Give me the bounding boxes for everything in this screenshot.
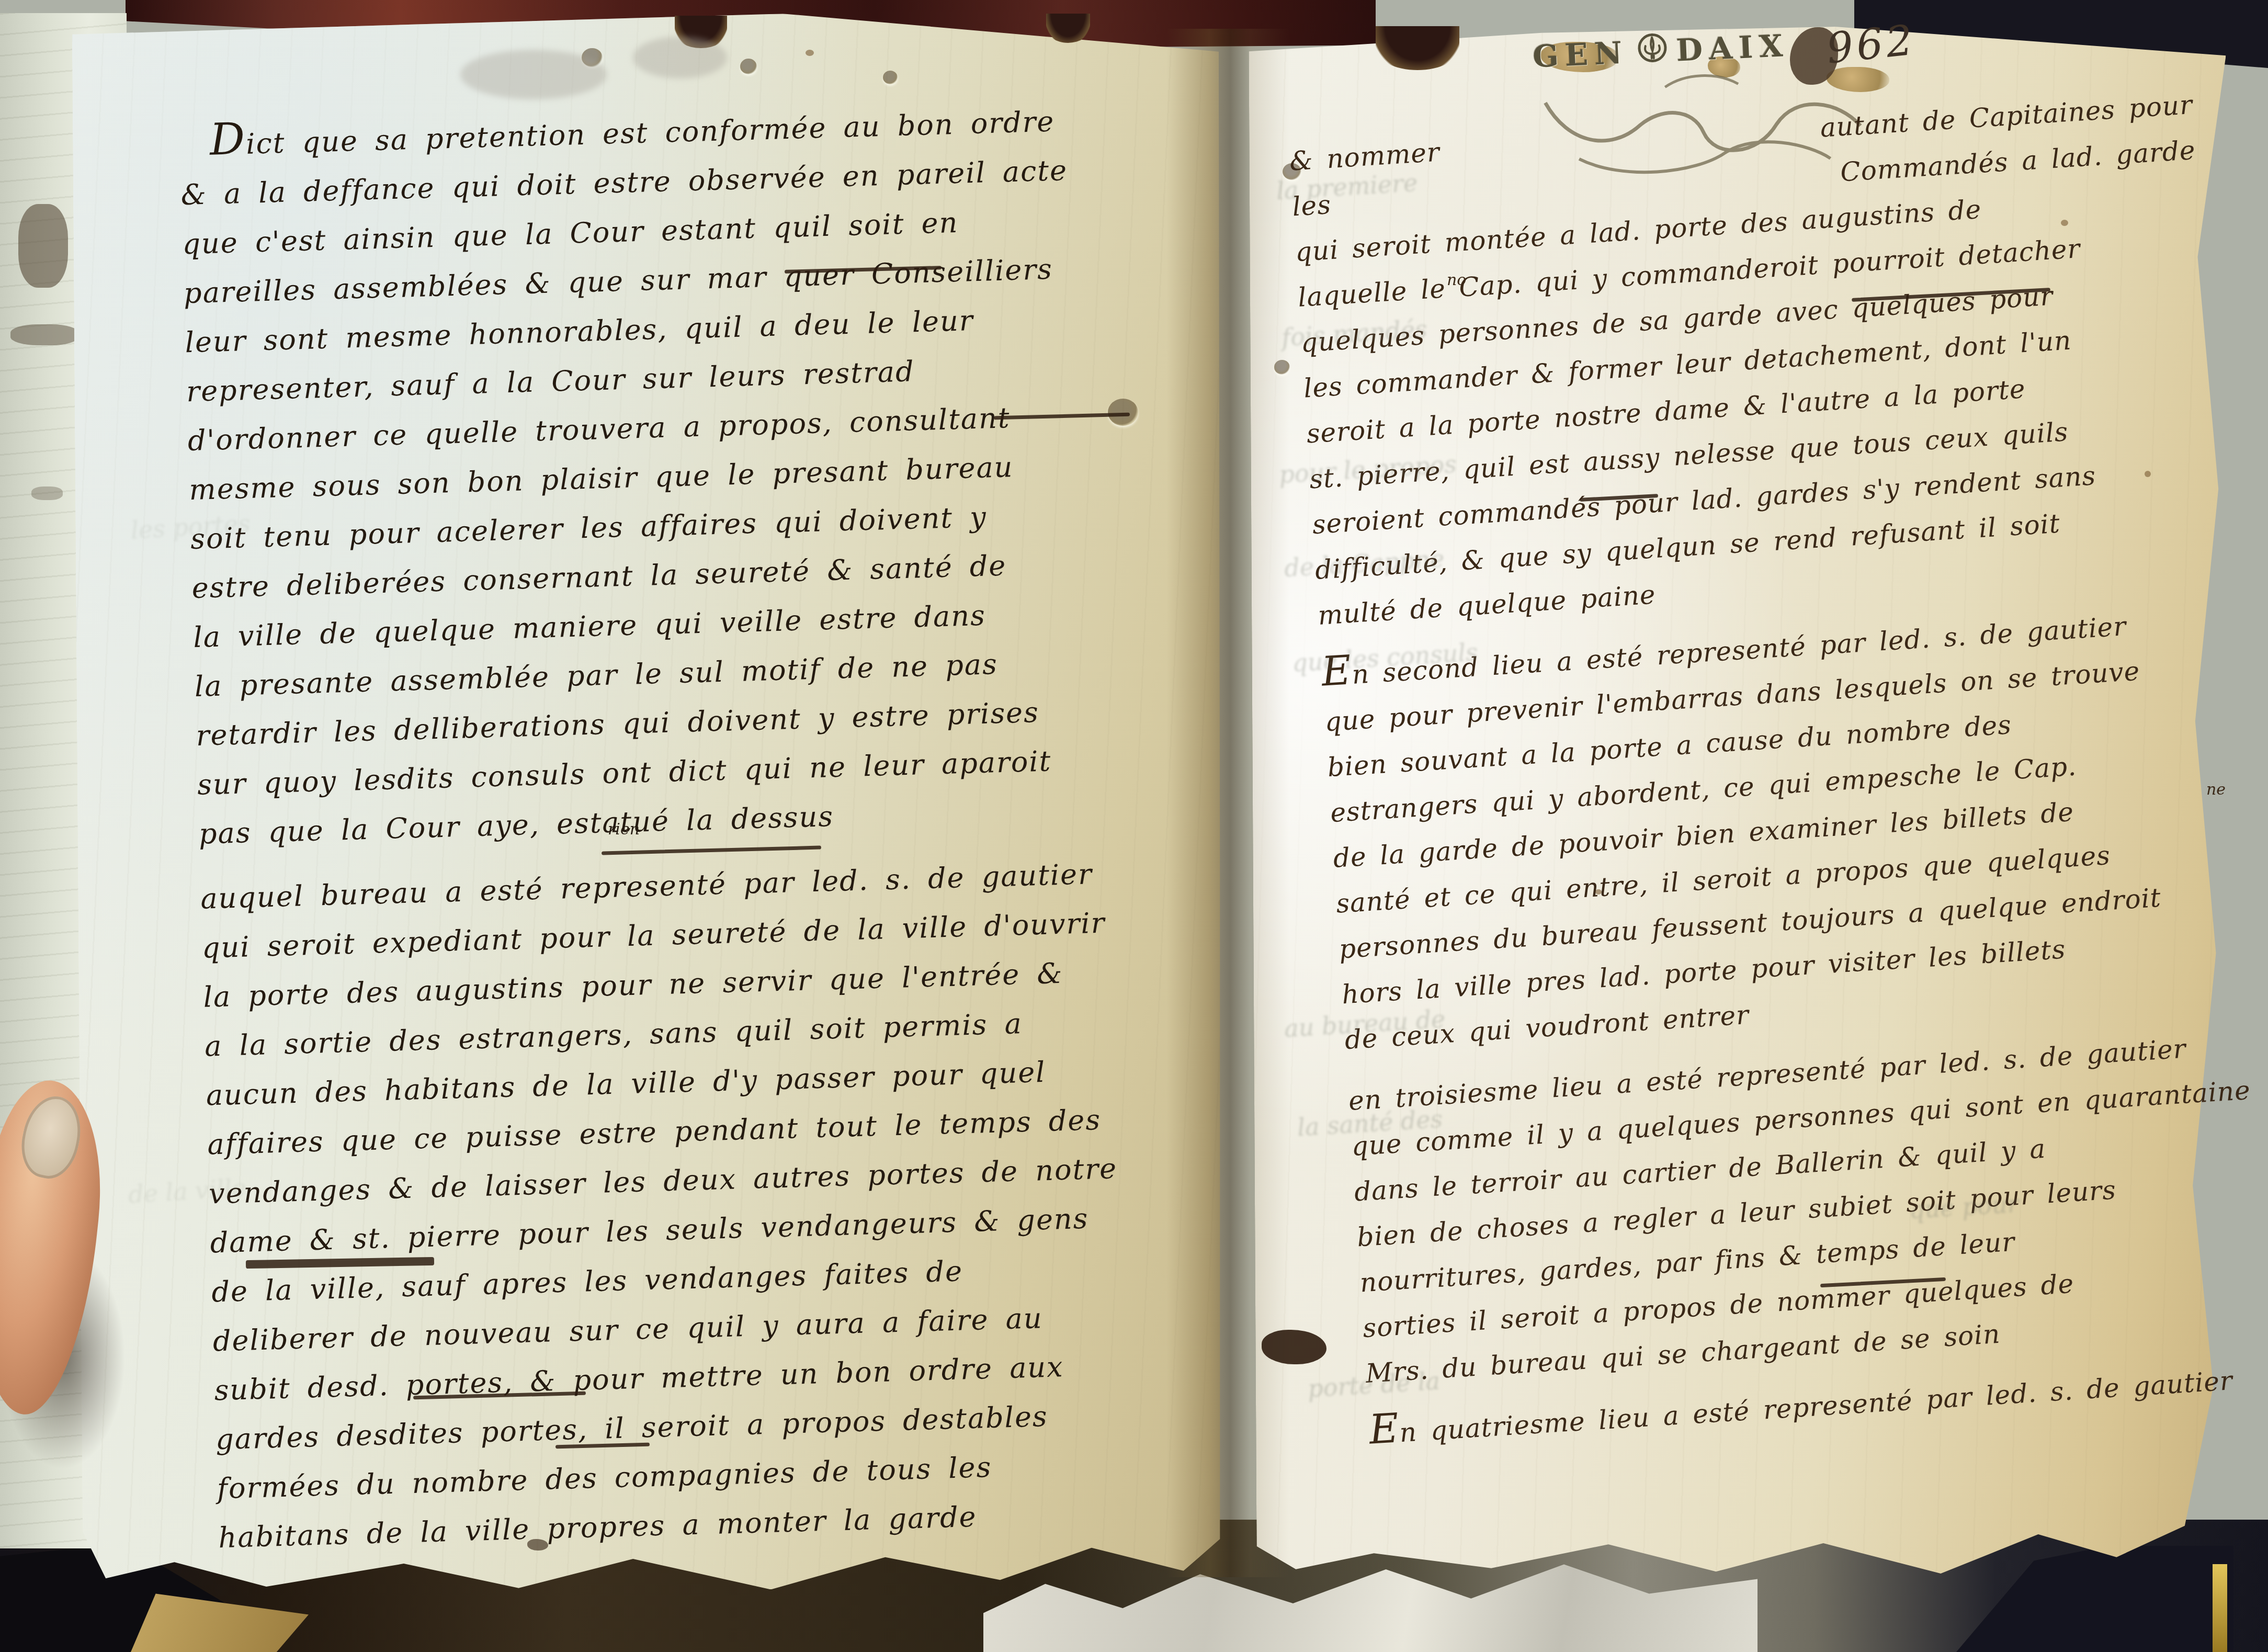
stamp-text-left: GEN [1532,35,1629,75]
interline-insertion: rien [608,820,640,839]
gray-smudge [460,50,607,99]
manuscript-photo: GEN DAIX 962 Dict que sa pretention est … [0,0,2268,1652]
paper-speck [2061,220,2068,226]
ink-smear [18,204,68,288]
punch-hole [883,71,898,84]
right-page-text: & nommer autant de Capitaines pour les C… [1288,81,2268,1458]
ink-blot [527,1539,548,1551]
stamp-text-right: DAIX [1675,28,1789,68]
torn-notch [1046,14,1090,43]
left-page-text: Dict que sa pretention est conformée au … [179,94,1223,1563]
interline-insertion: no [1447,271,1466,289]
torn-notch [1376,26,1459,70]
folio-page-number: 962 [1824,15,1918,73]
interline-insertion: ne [2206,780,2226,799]
paper-speck [1595,889,1602,895]
ink-smear [10,324,78,345]
punch-hole [740,59,757,74]
ink-smear [31,486,63,500]
gray-smudge [633,37,727,78]
punch-hole [1274,360,1290,375]
gilt-edge-strip [2213,1564,2227,1652]
paper-speck [2145,471,2151,477]
paper-speck [806,50,814,56]
fleur-de-lis-medallion-icon [1635,30,1670,73]
